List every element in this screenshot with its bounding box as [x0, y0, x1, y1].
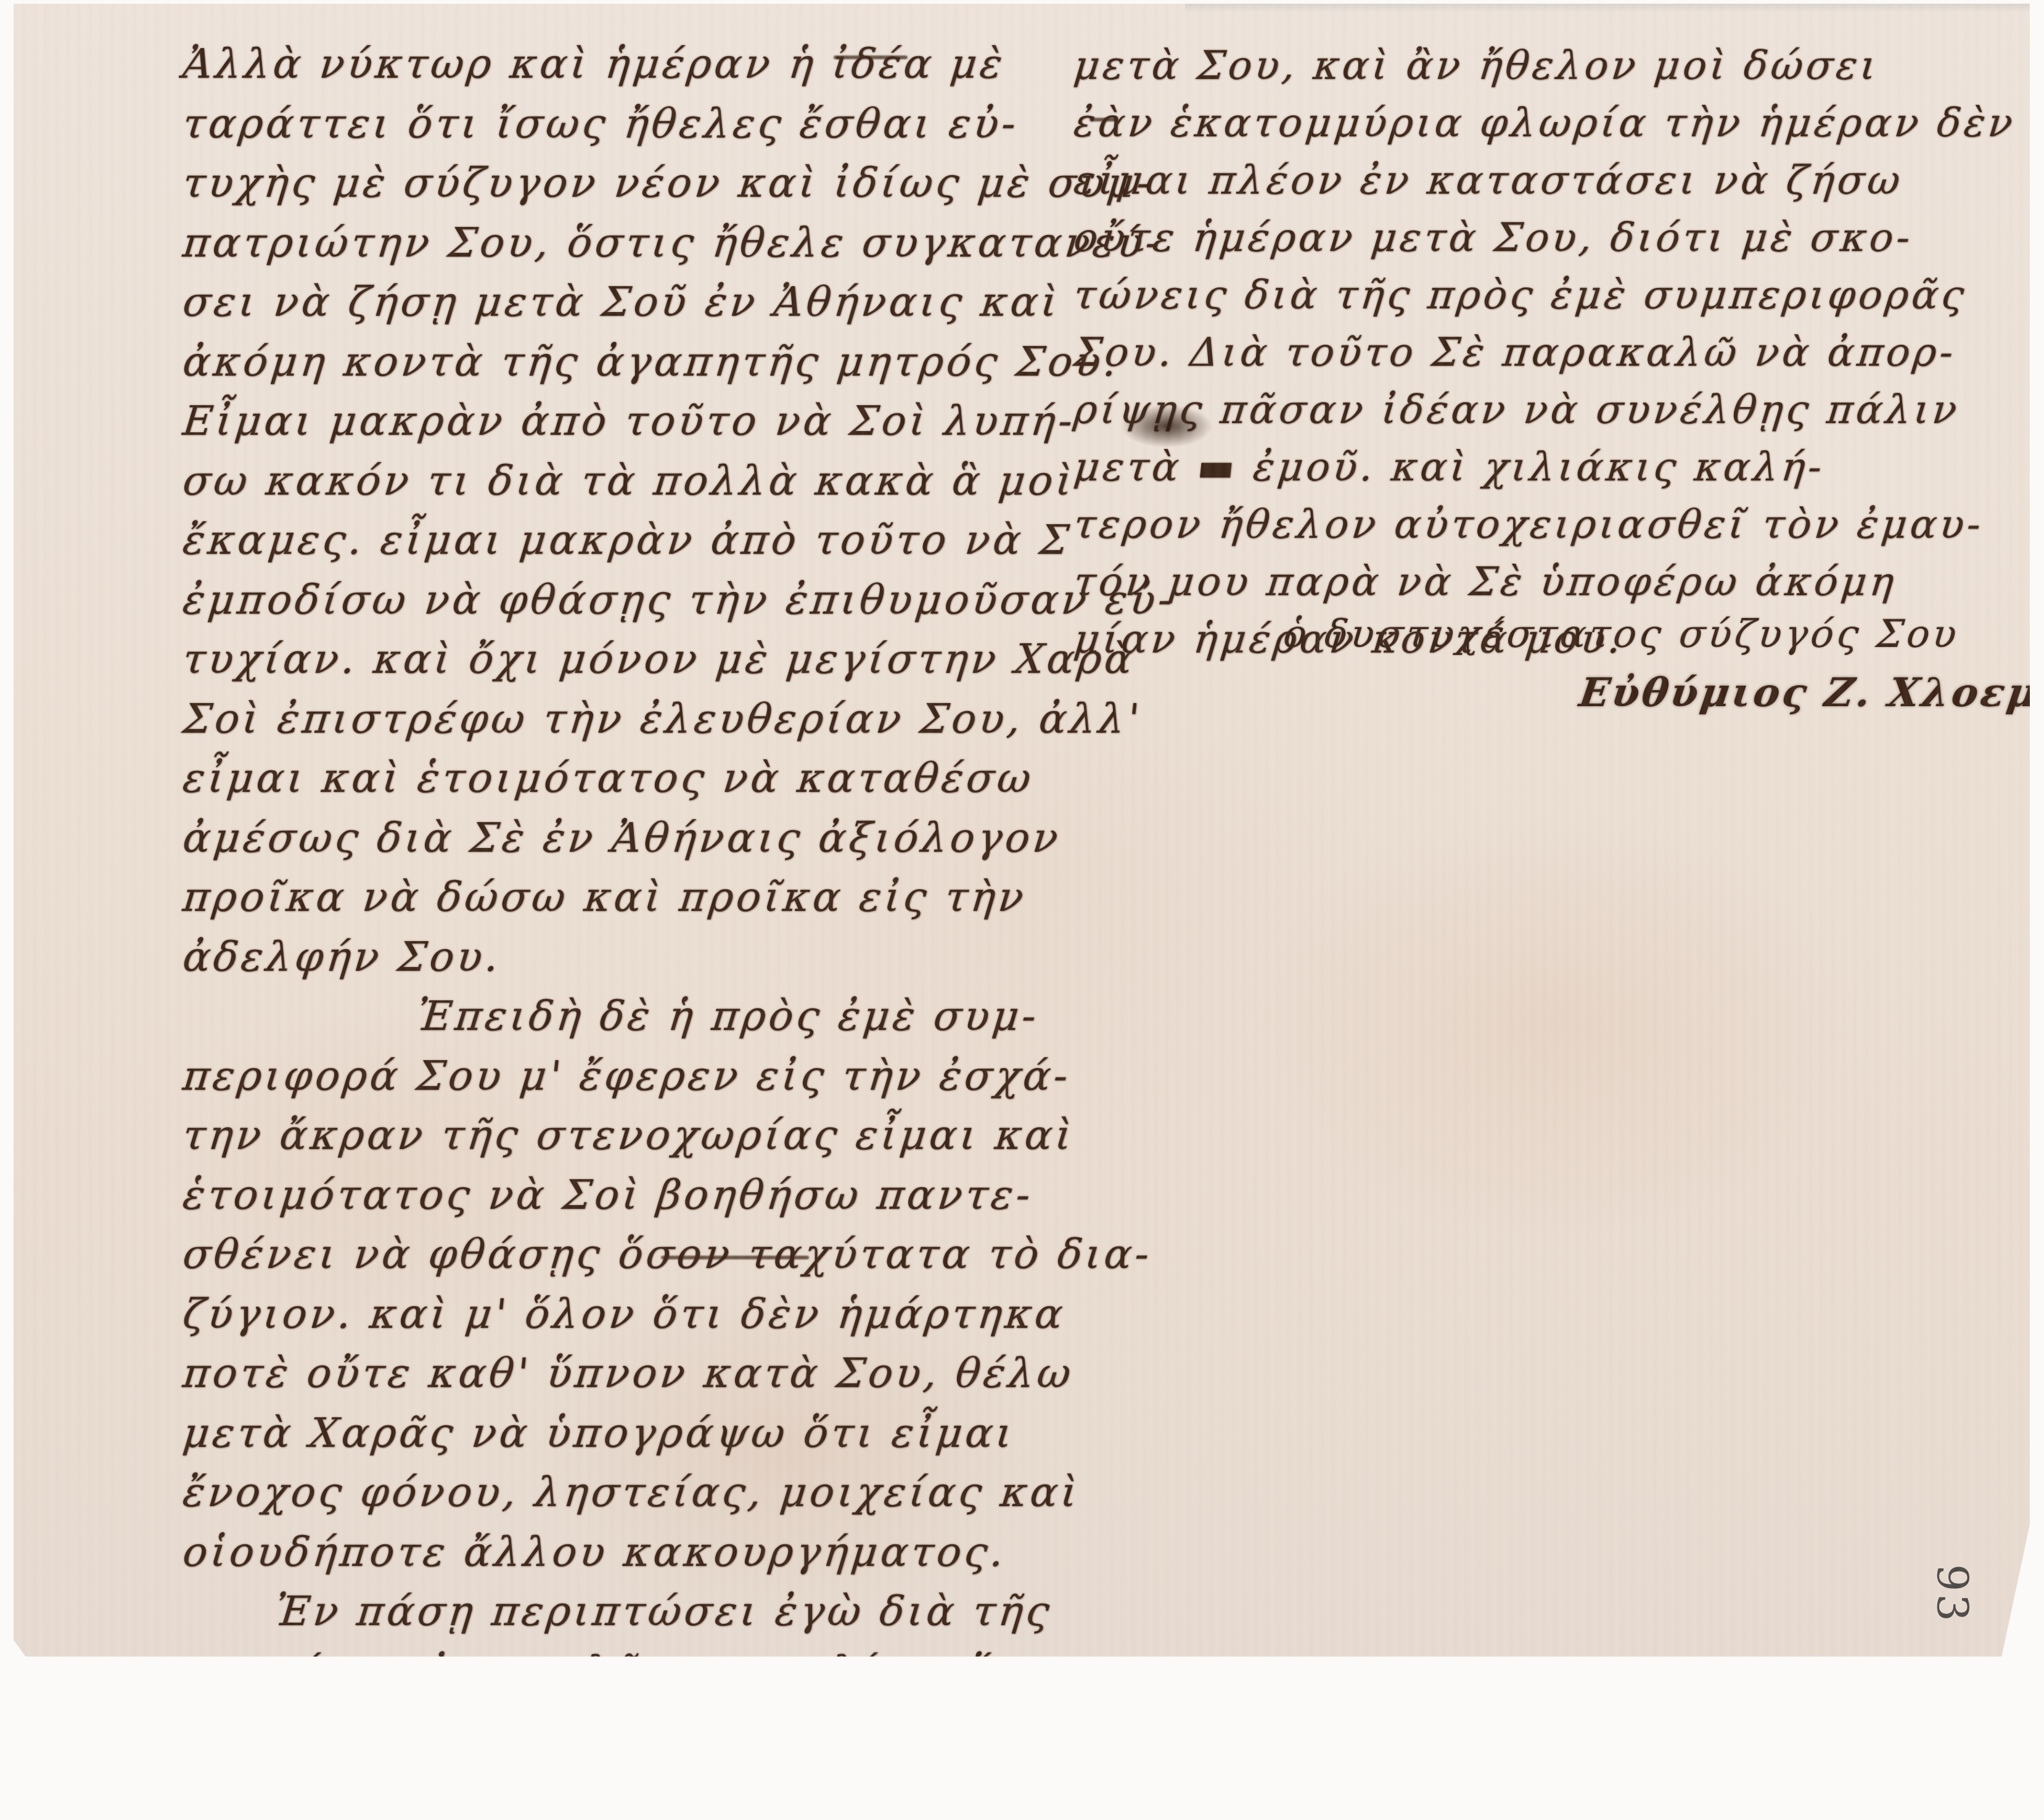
text-line: σθένει νὰ φθάσῃς ὅσον ταχύτατα τὸ δια-	[180, 1225, 1049, 1285]
underline-mark	[834, 56, 908, 59]
text-line: ἀμέσως διὰ Σὲ ἐν Ἀθήναις ἀξιόλογον	[180, 809, 1049, 868]
text-line: τώνεις διὰ τῆς πρὸς ἐμὲ συμπεριφορᾶς	[1071, 267, 1977, 324]
text-line: ζύγιον. καὶ μ' ὅλον ὅτι δὲν ἡμάρτηκα	[180, 1285, 1049, 1344]
text-line: Σοὶ ἐπιστρέφω τὴν ἐλευθερίαν Σου, ἀλλ'	[180, 690, 1049, 749]
text-line: σω κακόν τι διὰ τὰ πολλὰ κακὰ ἃ μοὶ	[180, 451, 1049, 511]
left-text-column: Ἀλλὰ νύκτωρ καὶ ἡμέραν ἡ ἰδέα μὲ ταράττε…	[183, 35, 1046, 1665]
text-line: ἑτοιμότατος νὰ Σοὶ βοηθήσω παντε-	[180, 1166, 1049, 1225]
text-line: εἶμαι καὶ ἑτοιμότατος νὰ καταθέσω	[180, 749, 1049, 809]
text-line: περιφορά Σου μ' ἔφερεν εἰς τὴν ἐσχά-	[180, 1047, 1049, 1106]
closing-line: ὁ δυστυχέστατος σύζυγός Σου	[1281, 611, 1995, 656]
text-line: ἔνοχος φόνου, ληστείας, μοιχείας καὶ	[180, 1463, 1049, 1523]
text-line: ἐὰν ἑκατομμύρια φλωρία τὴν ἡμέραν δὲν	[1071, 95, 1977, 152]
text-line: οἱουδήποτε ἄλλου κακουργήματος.	[180, 1523, 1049, 1583]
text-line: παρούσης ἐπιστολῆς μου χιλίοις ὅρ-κοις	[180, 1642, 1049, 1666]
text-line: τυχὴς μὲ σύζυγον νέον καὶ ἰδίως μὲ συμ-	[180, 154, 1049, 213]
text-line: σει νὰ ζήσῃ μετὰ Σοῦ ἐν Ἀθήναις καὶ	[180, 273, 1049, 332]
ink-blot	[1120, 405, 1213, 448]
signature: Εὐθύμιος Ζ. Χλοεμάννο	[1577, 670, 2044, 716]
text-line: Ἐν πάσῃ περιπτώσει ἐγὼ διὰ τῆς	[180, 1582, 1049, 1642]
text-line: Εἶμαι μακρὰν ἀπὸ τοῦτο νὰ Σοὶ λυπή-	[180, 392, 1049, 451]
paper-top-edge	[1185, 4, 2030, 11]
text-line: ἀκόμη κοντὰ τῆς ἀγαπητῆς μητρός Σου.	[180, 332, 1049, 392]
text-line: μετὰ Χαρᾶς νὰ ὑπογράψω ὅτι εἶμαι	[180, 1404, 1049, 1464]
underline-mark	[661, 1256, 809, 1259]
text-line: ταράττει ὅτι ἴσως ἤθελες ἔσθαι εὐ-	[180, 94, 1049, 154]
page-number: 93	[1927, 1564, 1977, 1624]
text-line: ἀδελφήν Σου.	[180, 928, 1049, 987]
text-line: προῖκα νὰ δώσω καὶ προῖκα εἰς τὴν	[180, 868, 1049, 928]
text-line: εἶμαι πλέον ἐν καταστάσει νὰ ζήσω	[1071, 152, 1977, 210]
text-line: τερον ἤθελον αὐτοχειριασθεῖ τὸν ἐμαυ-	[1071, 496, 1977, 554]
text-line: ἔκαμες. εἶμαι μακρὰν ἀπὸ τοῦτο νὰ Σ	[180, 511, 1049, 570]
underline-mark	[1090, 118, 1117, 121]
text-line: Ἐπειδὴ δὲ ἡ πρὸς ἐμὲ συμ-	[180, 987, 1049, 1047]
text-line: τόν μου παρὰ νὰ Σὲ ὑποφέρω ἀκόμη	[1071, 554, 1977, 611]
text-line: οὔτε ἡμέραν μετὰ Σου, διότι μὲ σκο-	[1071, 210, 1977, 267]
right-text-column: μετὰ Σου, καὶ ἂν ἤθελον μοὶ δώσει ἐὰν ἑκ…	[1074, 38, 1974, 669]
text-line: την ἄκραν τῆς στενοχωρίας εἶμαι καὶ	[180, 1106, 1049, 1166]
text-line: ἐμποδίσω νὰ φθάσῃς τὴν ἐπιθυμοῦσαν εὐ-	[180, 570, 1049, 630]
text-line: πατριώτην Σου, ὅστις ἤθελε συγκατανεύ-	[180, 213, 1049, 273]
text-line: μετὰ ▬ ἐμοῦ. καὶ χιλιάκις καλή-	[1071, 439, 1977, 496]
text-line: Σου. Διὰ τοῦτο Σὲ παρακαλῶ νὰ ἀπορ-	[1071, 324, 1977, 382]
text-line: ποτὲ οὔτε καθ' ὕπνον κατὰ Σου, θέλω	[180, 1344, 1049, 1404]
text-line: τυχίαν. καὶ ὄχι μόνον μὲ μεγίστην Χαρὰ	[180, 630, 1049, 690]
text-line: Ἀλλὰ νύκτωρ καὶ ἡμέραν ἡ ἰδέα μὲ	[180, 35, 1049, 94]
text-line: μετὰ Σου, καὶ ἂν ἤθελον μοὶ δώσει	[1071, 38, 1977, 95]
manuscript-page: Ἀλλὰ νύκτωρ καὶ ἡμέραν ἡ ἰδέα μὲ ταράττε…	[14, 4, 2030, 1657]
